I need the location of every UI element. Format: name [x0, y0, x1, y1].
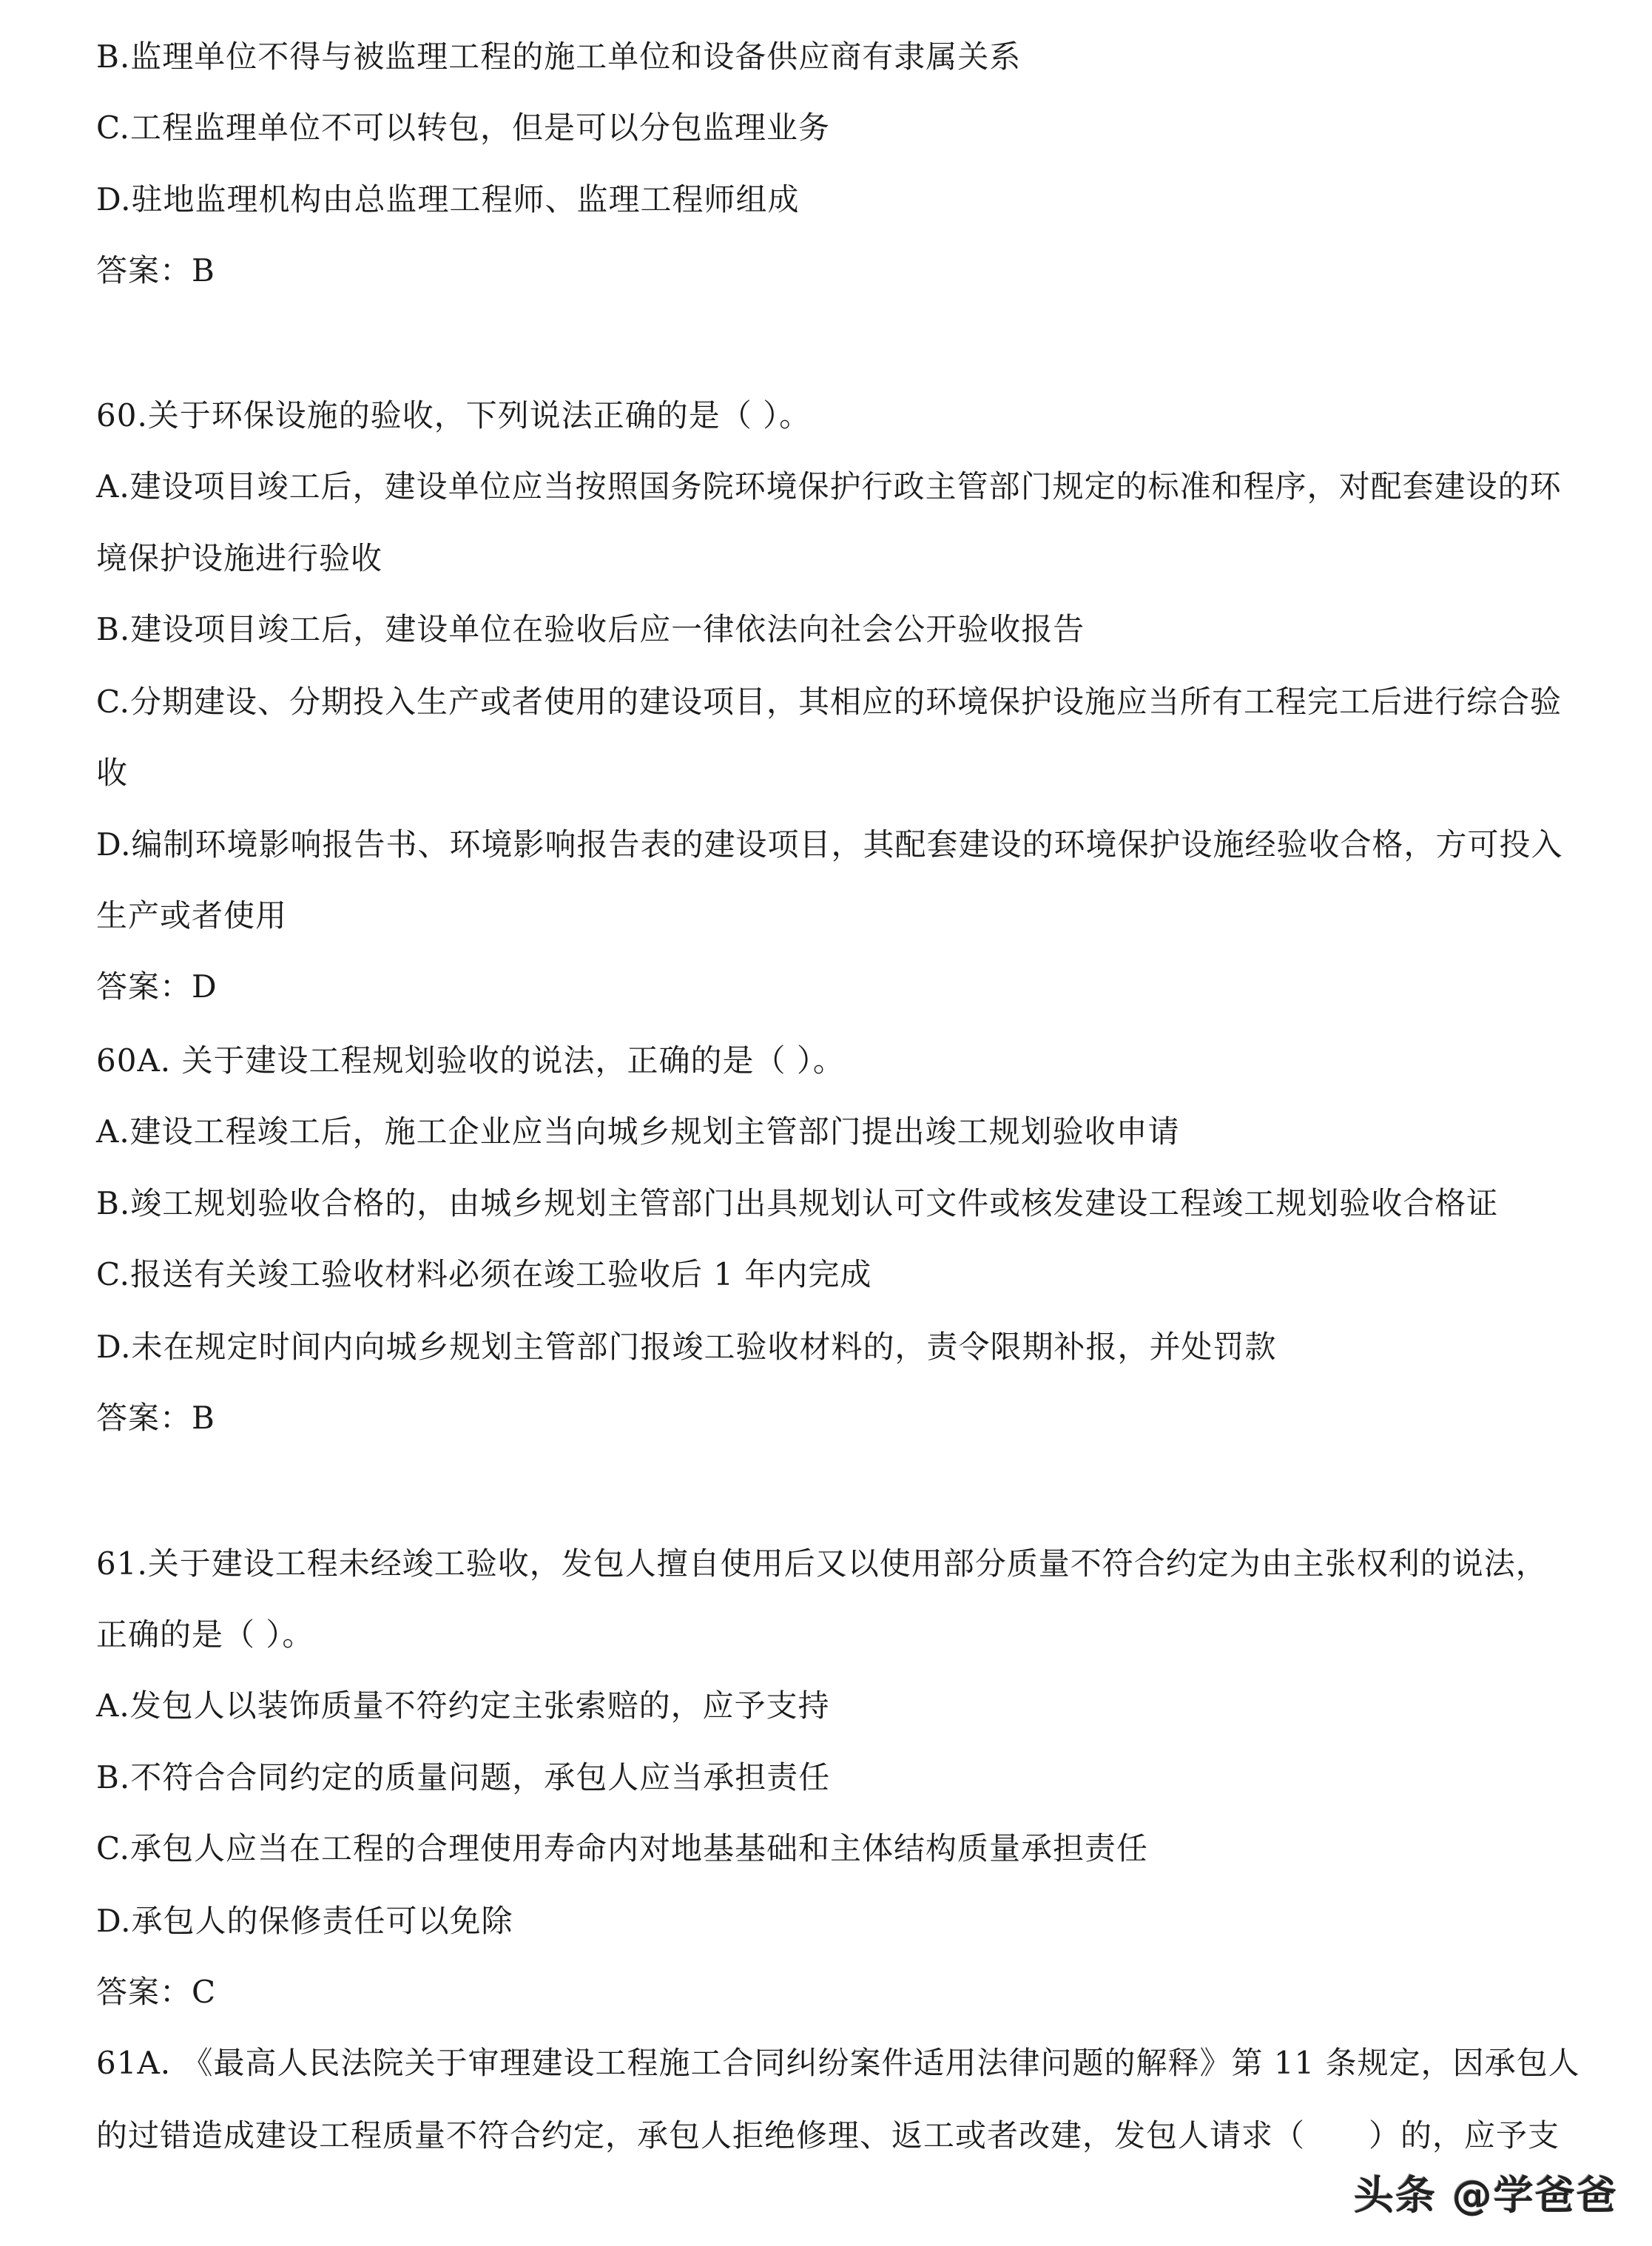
question-61-answer: 答案：C	[96, 1970, 216, 2014]
question-60-option-b: B.建设项目竣工后，建设单位在验收后应一律依法向社会公开验收报告	[96, 607, 1085, 652]
question-60-option-c-cont: 收	[96, 751, 128, 795]
question-60-option-d-cont: 生产或者使用	[96, 894, 287, 938]
question-60-option-d: D.编制环境影响报告书、环境影响报告表的建设项目，其配套建设的环境保护设施经验收…	[96, 823, 1563, 867]
question-60a-option-a: A.建设工程竣工后，施工企业应当向城乡规划主管部门提出竣工规划验收申请	[96, 1110, 1180, 1154]
question-61-option-c: C.承包人应当在工程的合理使用寿命内对地基基础和主体结构质量承担责任	[96, 1827, 1148, 1871]
question-60a-stem: 60A. 关于建设工程规划验收的说法，正确的是（ ）。	[96, 1039, 845, 1083]
option-c-line: C.工程监理单位不可以转包，但是可以分包监理业务	[96, 106, 830, 150]
question-61a-stem: 61A. 《最高人民法院关于审理建设工程施工合同纠纷案件适用法律问题的解释》第 …	[96, 2041, 1580, 2085]
answer-line: 答案：B	[96, 249, 215, 293]
question-60-option-a: A.建设项目竣工后，建设单位应当按照国务院环境保护行政主管部门规定的标准和程序，…	[96, 465, 1562, 509]
watermark: 头条 @学爸爸	[1354, 2164, 1618, 2221]
question-60-option-c: C.分期建设、分期投入生产或者使用的建设项目，其相应的环境保护设施应当所有工程完…	[96, 680, 1562, 724]
question-60a-answer: 答案：B	[96, 1396, 215, 1440]
question-60-option-a-cont: 境保护设施进行验收	[96, 536, 382, 581]
question-61a-stem-cont: 的过错造成建设工程质量不符合约定，承包人拒绝修理、返工或者改建，发包人请求（ ）…	[96, 2114, 1560, 2158]
question-61-option-d: D.承包人的保修责任可以免除	[96, 1899, 513, 1943]
option-d-line: D.驻地监理机构由总监理工程师、监理工程师组成	[96, 178, 800, 222]
question-61-option-a: A.发包人以装饰质量不符约定主张索赔的，应予支持	[96, 1684, 830, 1728]
question-61-stem-cont: 正确的是（ ）。	[96, 1613, 314, 1657]
question-60a-option-c: C.报送有关竣工验收材料必须在竣工验收后 1 年内完成	[96, 1252, 871, 1297]
question-60-answer: 答案：D	[96, 965, 218, 1009]
option-b-line: B.监理单位不得与被监理工程的施工单位和设备供应商有隶属关系	[96, 35, 1021, 79]
question-61-stem: 61.关于建设工程未经竣工验收，发包人擅自使用后又以使用部分质量不符合约定为由主…	[96, 1542, 1548, 1586]
document-page: B.监理单位不得与被监理工程的施工单位和设备供应商有隶属关系 C.工程监理单位不…	[0, 0, 1652, 2246]
question-60a-option-d: D.未在规定时间内向城乡规划主管部门报竣工验收材料的，责令限期补报，并处罚款	[96, 1325, 1277, 1369]
question-60-stem: 60.关于环保设施的验收，下列说法正确的是（ ）。	[96, 394, 811, 438]
question-60a-option-b: B.竣工规划验收合格的，由城乡规划主管部门出具规划认可文件或核发建设工程竣工规划…	[96, 1181, 1498, 1226]
question-61-option-b: B.不符合合同约定的质量问题，承包人应当承担责任	[96, 1756, 830, 1800]
